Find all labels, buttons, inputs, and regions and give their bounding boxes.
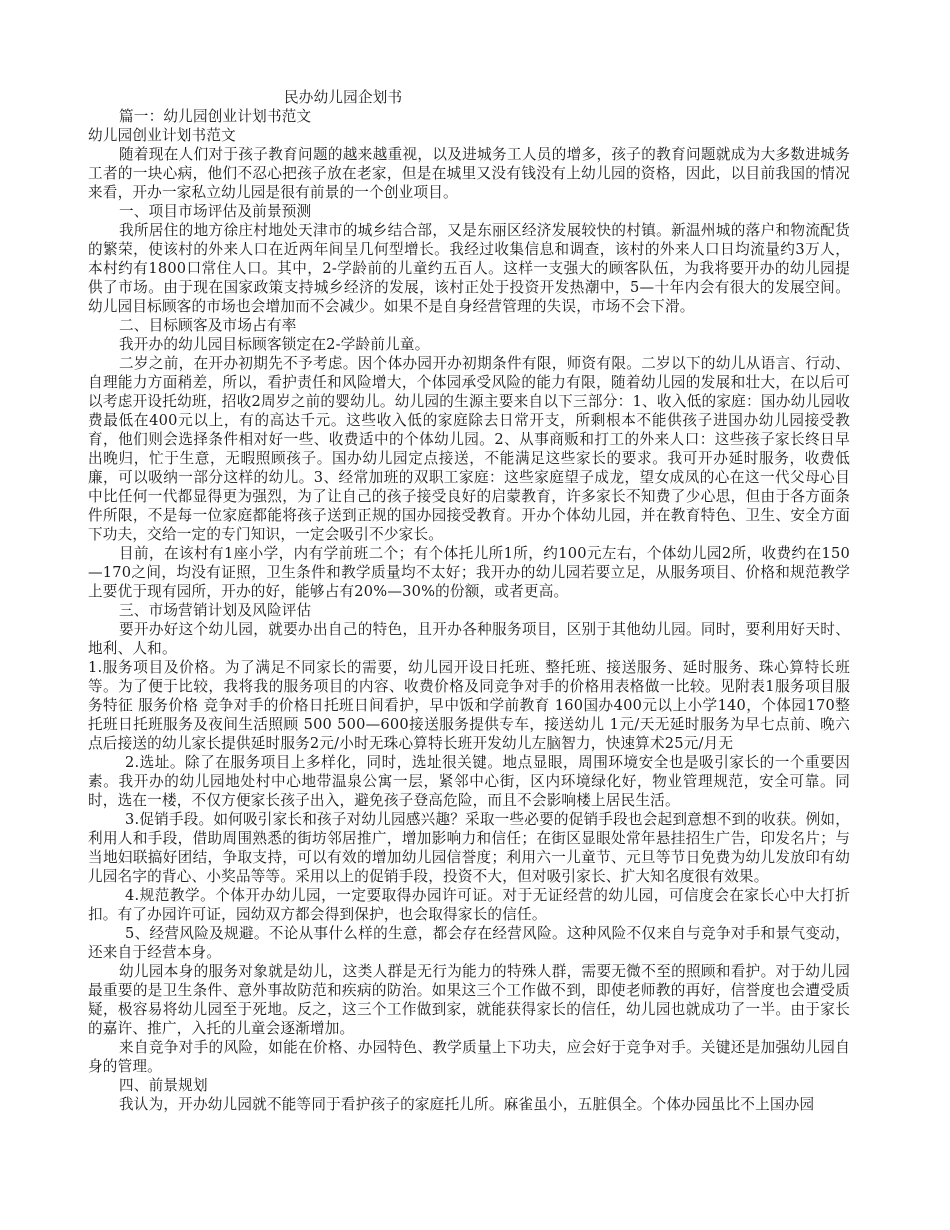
paragraph-intro: 随着现在人们对于孩子教育问题的越来越重视，以及进城务工人员的增多，孩子的教育问题… (88, 145, 850, 202)
document-page: 民办幼儿园企划书 篇一：幼儿园创业计划书范文 幼儿园创业计划书范文 随着现在人们… (88, 88, 850, 1114)
paragraph-market: 我所居住的地方徐庄村地处天津市的城乡结合部，又是东丽区经济发展较快的村镇。新温州… (88, 221, 850, 316)
paragraph-location: 2.选址。除了在服务项目上多样化，同时，选址很关键。地点显眼，周围环境安全也是吸… (88, 753, 850, 810)
paragraph-services: 1.服务项目及价格。为了满足不同家长的需要，幼儿园开设日托班、整托班、接送服务、… (88, 658, 850, 753)
part-heading: 篇一：幼儿园创业计划书范文 (88, 107, 850, 126)
section-heading-2: 二、目标顾客及市场占有率 (88, 316, 850, 335)
paragraph-risk: 5、经营风险及规避。不论从事什么样的生意，都会存在经营风险。这种风险不仅来自与竞… (88, 924, 850, 962)
paragraph-outlook: 我认为，开办幼儿园就不能等同于看护孩子的家庭托儿所。麻雀虽小，五脏俱全。个体办园… (88, 1095, 850, 1114)
paragraph-target: 我开办的幼儿园目标顾客锁定在2-学龄前儿童。 (88, 335, 850, 354)
section-heading-1: 一、项目市场评估及前景预测 (88, 202, 850, 221)
paragraph-promotion: 3.促销手段。如何吸引家长和孩子对幼儿园感兴趣？采取一些必要的促销手段也会起到意… (88, 810, 850, 886)
section-heading-3: 三、市场营销计划及风险评估 (88, 601, 850, 620)
paragraph-competitor-risk: 来自竞争对手的风险，如能在价格、办园特色、教学质量上下功夫，应会好于竞争对手。关… (88, 1038, 850, 1076)
paragraph-competition: 目前，在该村有1座小学，内有学前班二个；有个体托儿所1所，约100元左右，个体幼… (88, 544, 850, 601)
document-subtitle: 幼儿园创业计划书范文 (88, 126, 850, 145)
paragraph-safety: 幼儿园本身的服务对象就是幼儿，这类人群是无行为能力的特殊人群，需要无微不至的照顾… (88, 962, 850, 1038)
paragraph-teaching: 4.规范教学。个体开办幼儿园，一定要取得办园许可证。对于无证经营的幼儿园，可信度… (88, 886, 850, 924)
document-title: 民办幼儿园企划书 (88, 88, 850, 107)
paragraph-sources: 二岁之前，在开办初期先不予考虑。因个体办园开办初期条件有限，师资有限。二岁以下的… (88, 354, 850, 544)
paragraph-marketing: 要开办好这个幼儿园，就要办出自己的特色，且开办各种服务项目，区别于其他幼儿园。同… (88, 620, 850, 658)
section-heading-4: 四、前景规划 (88, 1076, 850, 1095)
